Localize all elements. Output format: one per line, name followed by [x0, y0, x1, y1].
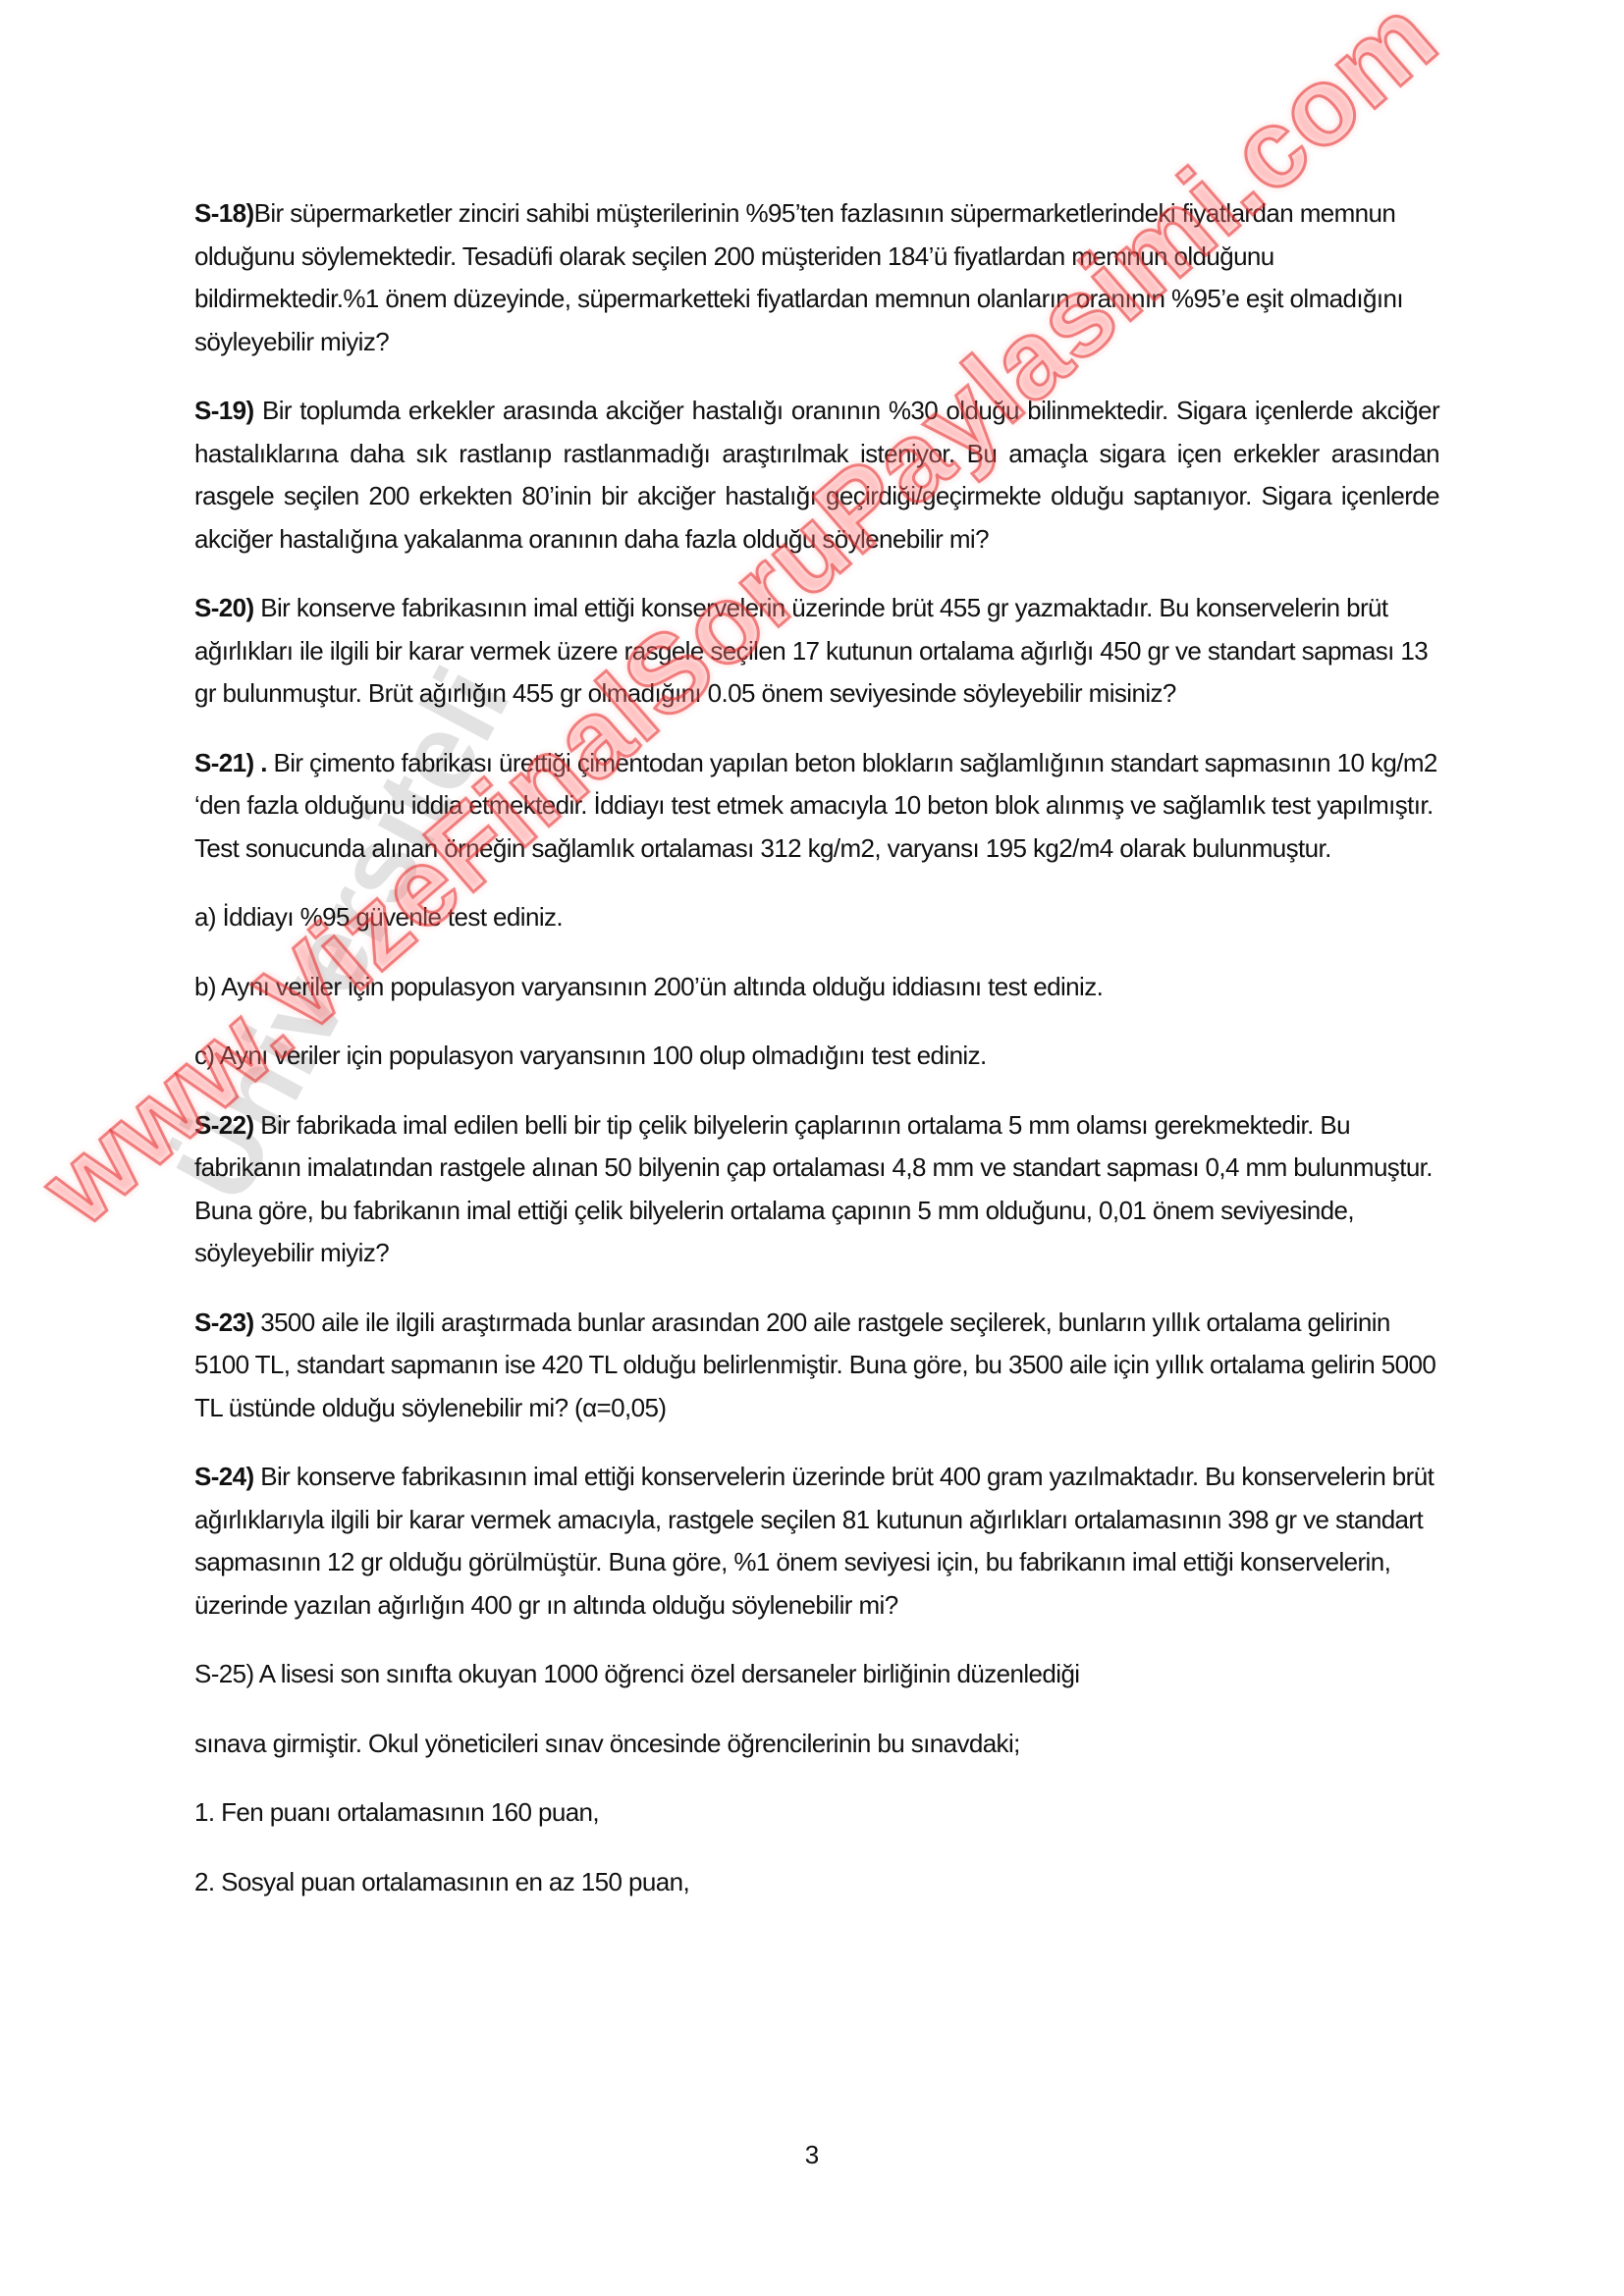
question-s21: S-21) . Bir çimento fabrikası ürettiği ç… [194, 742, 1439, 871]
question-s25-item-2: 2. Sosyal puan ortalamasının en az 150 p… [194, 1861, 1439, 1904]
question-number: S-20) [194, 593, 254, 622]
question-s22: S-22) Bir fabrikada imal edilen belli bi… [194, 1104, 1439, 1275]
question-text: A lisesi son sınıfta okuyan 1000 öğrenci… [254, 1659, 1080, 1688]
question-s21-part-c: c) Aynı veriler için populasyon varyansı… [194, 1035, 1439, 1078]
question-text: Bir konserve fabrikasının imal ettiği ko… [194, 1462, 1434, 1620]
question-number: S-23) [194, 1308, 254, 1337]
question-s21-part-a: a) İddiayı %95 güvenle test ediniz. [194, 896, 1439, 939]
question-text: Bir konserve fabrikasının imal ettiği ko… [194, 593, 1428, 708]
question-number: S-18) [194, 198, 254, 228]
question-s25-continuation: sınava girmiştir. Okul yöneticileri sına… [194, 1723, 1439, 1766]
question-s20: S-20) Bir konserve fabrikasının imal ett… [194, 587, 1439, 716]
question-number: S-24) [194, 1462, 254, 1491]
question-text: 3500 aile ile ilgili araştırmada bunlar … [194, 1308, 1435, 1422]
question-number: S-22) [194, 1110, 254, 1140]
page-number: 3 [0, 2140, 1624, 2170]
question-s25: S-25) A lisesi son sınıfta okuyan 1000 ö… [194, 1653, 1439, 1696]
question-number: S-19) [194, 396, 254, 425]
question-s19: S-19) Bir toplumda erkekler arasında akc… [194, 390, 1439, 561]
question-s18: S-18)Bir süpermarketler zinciri sahibi m… [194, 192, 1439, 363]
document-body: S-18)Bir süpermarketler zinciri sahibi m… [194, 192, 1439, 1930]
question-number: S-21) . [194, 748, 267, 777]
question-s23: S-23) 3500 aile ile ilgili araştırmada b… [194, 1302, 1439, 1430]
question-text: Bir süpermarketler zinciri sahibi müşter… [194, 198, 1403, 356]
document-page: Üniversiteli S-18)Bir süpermarketler zin… [0, 0, 1624, 2296]
question-s21-part-b: b) Aynı veriler için populasyon varyansı… [194, 966, 1439, 1009]
question-text: Bir çimento fabrikası ürettiği çimentoda… [194, 748, 1437, 863]
question-s24: S-24) Bir konserve fabrikasının imal ett… [194, 1456, 1439, 1627]
question-text: Bir toplumda erkekler arasında akciğer h… [194, 396, 1439, 554]
question-number: S-25) [194, 1659, 254, 1688]
question-text: Bir fabrikada imal edilen belli bir tip … [194, 1110, 1433, 1268]
question-s25-item-1: 1. Fen puanı ortalamasının 160 puan, [194, 1791, 1439, 1835]
